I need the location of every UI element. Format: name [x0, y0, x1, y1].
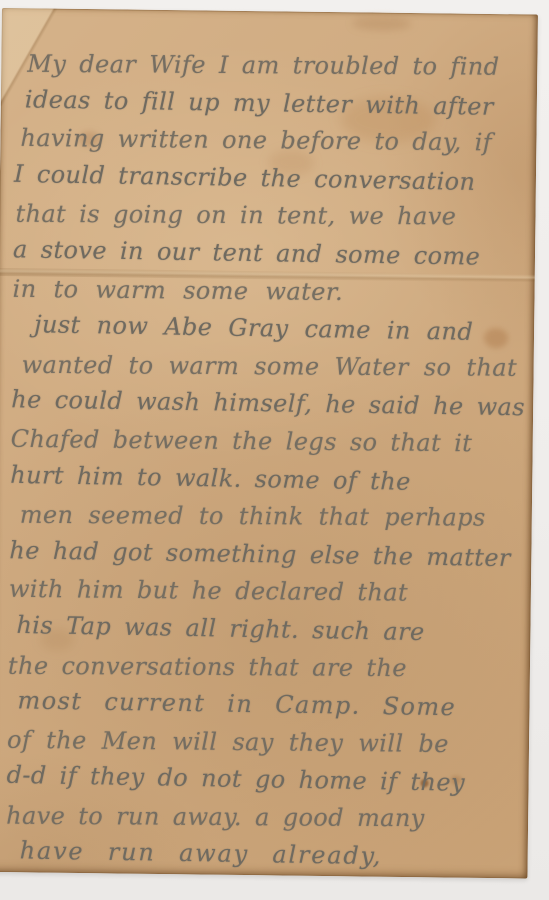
letter-line: Chafed between the legs so that it	[11, 421, 525, 464]
letter-line: hurt him to walk. some of the	[10, 456, 525, 503]
paper-stain	[352, 16, 412, 31]
letter-line: My dear Wife I am troubled to find	[15, 46, 529, 87]
letter-line: that is going on in tent, we have	[13, 196, 527, 237]
letter-line: I could transcribe the conversation	[14, 156, 529, 203]
letter-line: a stove in our tent and some come	[13, 231, 528, 277]
letter-page: My dear Wife I am troubled to findideas …	[0, 8, 538, 878]
scanner-background: My dear Wife I am troubled to findideas …	[0, 0, 549, 900]
letter-line: he could wash himself, he said he was	[11, 382, 526, 428]
letter-line: wanted to warm some Water so that	[12, 346, 526, 387]
letter-line: having written one before to day, if	[14, 120, 528, 163]
letter-text: My dear Wife I am troubled to findideas …	[5, 44, 529, 877]
letter-line: the conversations that are the	[8, 647, 522, 688]
letter-line: have run away already,	[5, 833, 520, 879]
letter-line: most current in Camp. Some	[7, 682, 522, 728]
letter-line: d-d if they do not go home if they	[6, 757, 521, 804]
letter-line: have to run away. a good many	[6, 798, 520, 839]
letter-line: men seemed to think that perhaps	[10, 497, 524, 538]
letter-line: his Tap was all right. such are	[8, 607, 523, 654]
letter-line: just now Abe Gray came in and	[12, 306, 527, 353]
